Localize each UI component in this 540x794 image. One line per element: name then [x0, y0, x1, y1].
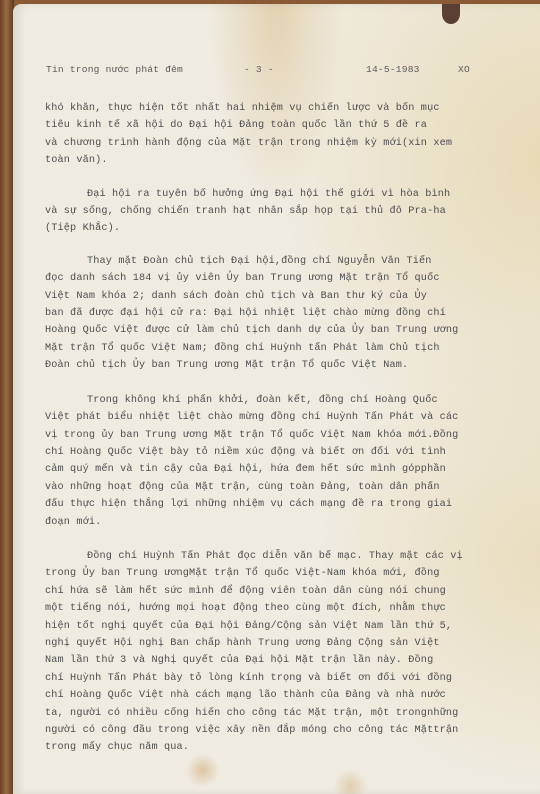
- header-title: Tin trong nước phát đêm: [46, 64, 183, 75]
- text-line: và sự sống, chống chiến tranh hạt nhân s…: [45, 203, 485, 220]
- text-line: trong mấy chục năm qua.: [45, 739, 485, 756]
- text-line: trong Ủy ban Trung ươngMặt trận Tổ quốc …: [45, 565, 485, 582]
- text-line: hiện tốt nghị quyết của Đại hội Đảng/Cộn…: [45, 618, 485, 635]
- text-line: Thay mặt Đoàn chủ tịch Đại hội,đồng chí …: [45, 253, 485, 270]
- paragraph: Trong không khí phấn khởi, đoàn kết, đồn…: [45, 392, 485, 531]
- text-line: khó khăn, thực hiện tốt nhất hai nhiệm v…: [45, 100, 485, 117]
- text-line: Đồng chí Huỳnh Tấn Phát đọc diễn văn bế …: [45, 548, 485, 565]
- document-body: khó khăn, thực hiện tốt nhất hai nhiệm v…: [45, 100, 485, 770]
- paragraph: Đại hội ra tuyên bố hưởng ứng Đại hội th…: [45, 186, 485, 238]
- text-line: đọc danh sách 184 vị ủy viên Ủy ban Trun…: [45, 270, 485, 287]
- text-line: nghị quyết Hội nghị Ban chấp hành Trung …: [45, 635, 485, 652]
- text-line: chí Hoàng Quốc Việt nhà cách mạng lão th…: [45, 687, 485, 704]
- text-line: Đoàn chủ tịch Ủy ban Trung ương Mặt trận…: [45, 357, 485, 374]
- text-line: (Tiệp Khắc).: [45, 220, 485, 237]
- text-line: đấu thực hiện thắng lợi những nhiệm vụ c…: [45, 496, 485, 513]
- text-line: Mặt trận Tổ quốc Việt Nam; đồng chí Huỳn…: [45, 340, 485, 357]
- text-line: vị trong ủy ban Trung ương Mặt trận Tổ q…: [45, 427, 485, 444]
- text-line: Trong không khí phấn khởi, đoàn kết, đồn…: [45, 392, 485, 409]
- text-line: vào những hoạt động của Mặt trận, cùng t…: [45, 479, 485, 496]
- text-line: Đại hội ra tuyên bố hưởng ứng Đại hội th…: [45, 186, 485, 203]
- paragraph: khó khăn, thực hiện tốt nhất hai nhiệm v…: [45, 100, 485, 170]
- text-line: toàn văn).: [45, 152, 485, 169]
- text-line: ta, người có nhiều cống hiến cho công tá…: [45, 705, 485, 722]
- text-line: Việt phát biểu nhiệt liệt chào mừng đồng…: [45, 409, 485, 426]
- text-line: đoạn mới.: [45, 514, 485, 531]
- page-header: Tin trong nước phát đêm - 3 - 14-5-1983 …: [46, 64, 486, 78]
- text-line: chí hứa sẽ làm hết sức mình để động viên…: [45, 583, 485, 600]
- text-line: Nam lần thứ 3 và Nghị quyết của Đại hội …: [45, 652, 485, 669]
- paragraph: Đồng chí Huỳnh Tấn Phát đọc diễn văn bế …: [45, 548, 485, 757]
- text-line: ban đã được đại hội cử ra: Đại hội nhiệt…: [45, 305, 485, 322]
- ink-stain: [442, 4, 460, 24]
- paragraph: Thay mặt Đoàn chủ tịch Đại hội,đồng chí …: [45, 253, 485, 375]
- text-line: người có công đầu trong việc xây nền đắp…: [45, 722, 485, 739]
- text-line: chí Hoàng Quốc Việt bày tỏ niềm xúc động…: [45, 444, 485, 461]
- text-line: tiêu kinh tế xã hội do Đại hội Đảng toàn…: [45, 117, 485, 134]
- book-binding-edge: [0, 0, 14, 794]
- page-number: - 3 -: [244, 64, 274, 75]
- header-date: 14-5-1983: [366, 64, 420, 75]
- text-line: chí Huỳnh Tấn Phát bày tỏ lòng kính trọn…: [45, 670, 485, 687]
- text-line: Việt Nam khóa 2; danh sách đoàn chủ tịch…: [45, 288, 485, 305]
- text-line: một tiếng nói, hướng mọi hoạt động theo …: [45, 600, 485, 617]
- text-line: Hoàng Quốc Việt được cử làm chủ tịch dan…: [45, 322, 485, 339]
- text-line: và chương trình hành động của Mặt trận t…: [45, 135, 485, 152]
- header-code: XO: [458, 64, 470, 75]
- text-line: cảm quý mến và tin cậy của Đại hội, hứa …: [45, 461, 485, 478]
